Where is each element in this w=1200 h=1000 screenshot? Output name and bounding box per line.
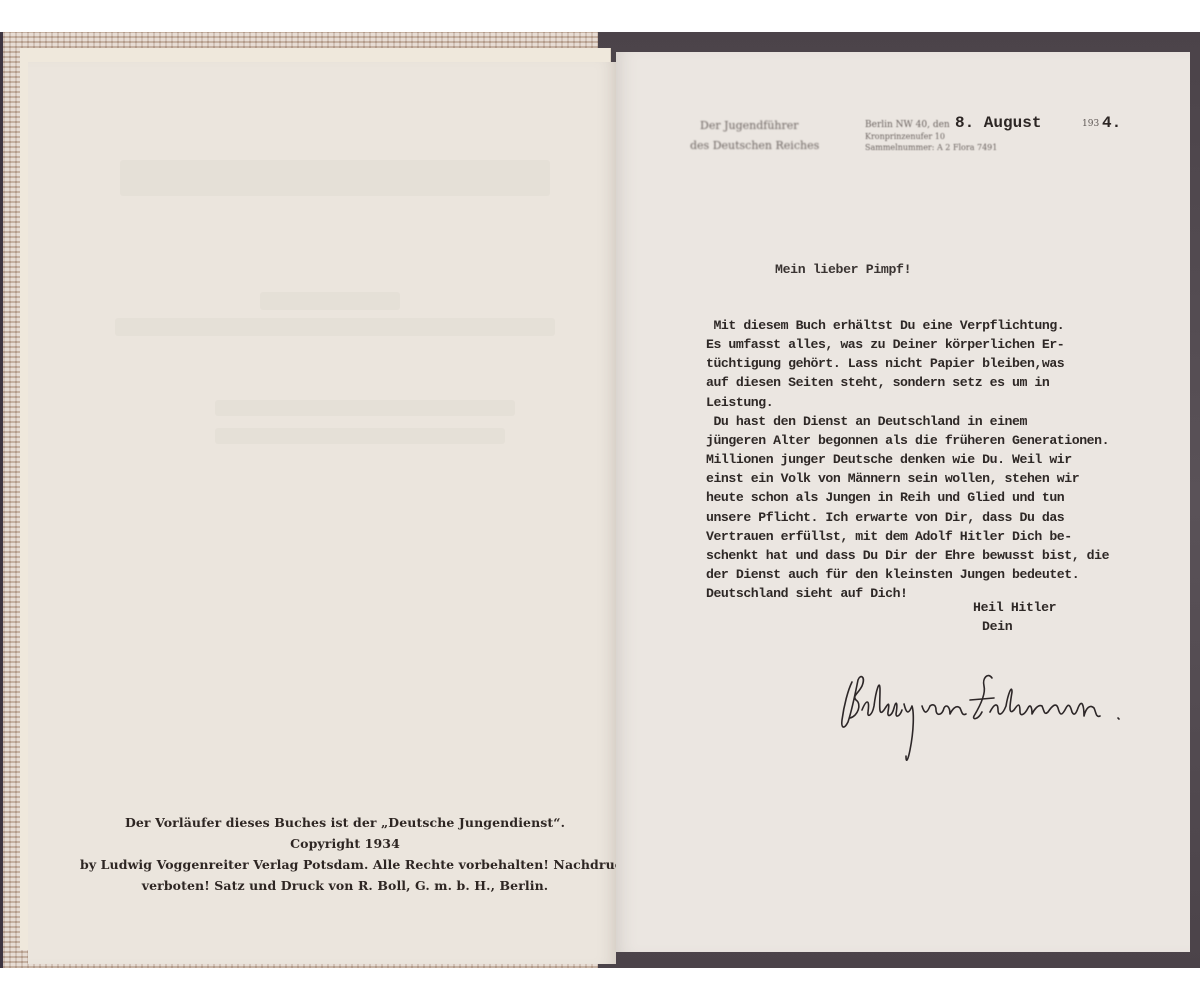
letter-line: Vertrauen erfüllst, mit dem Adolf Hitler… (706, 527, 1109, 546)
imprint-line: by Ludwig Voggenreiter Verlag Potsdam. A… (80, 854, 580, 875)
imprint-line: verboten! Satz und Druck von R. Boll, G.… (110, 875, 580, 896)
letter-closing: Heil Hitler Dein (973, 598, 1056, 636)
closing-dein: Dein (982, 617, 1056, 636)
closing-greeting: Heil Hitler (973, 598, 1056, 617)
letter-line: tüchtigung gehört. Lass nicht Papier ble… (706, 354, 1109, 373)
bleed-through-subtitle (260, 292, 400, 310)
letter-year-digit: 4. (1102, 114, 1121, 132)
letter-line: Millionen junger Deutsche denken wie Du.… (706, 450, 1109, 469)
letter-line: einst ein Volk von Männern sein wollen, … (706, 469, 1109, 488)
letter-line: heute schon als Jungen in Reih und Glied… (706, 488, 1109, 507)
letter-body: Mit diesem Buch erhältst Du eine Verpfli… (706, 316, 1109, 603)
bleed-through-line (215, 400, 515, 416)
handwritten-signature: Baldur von Schirach. (822, 660, 1142, 770)
letter-line: schenkt hat und dass Du Dir der Ehre bew… (706, 546, 1109, 565)
letter-line: jüngeren Alter begonnen als die früheren… (706, 431, 1109, 450)
letter-line: Es umfasst alles, was zu Deiner körperli… (706, 335, 1109, 354)
letter-line: Du hast den Dienst an Deutschland in ein… (706, 412, 1109, 431)
letter-line: auf diesen Seiten steht, sondern setz es… (706, 373, 1109, 392)
bleed-through-line (215, 428, 505, 444)
letter-salutation: Mein lieber Pimpf! (775, 262, 911, 277)
letter-date: 8. August (955, 114, 1041, 132)
letter-line: unsere Pflicht. Ich erwarte von Dir, das… (706, 508, 1109, 527)
letterhead-organization: Der Jugendführer des Deutschen Reiches (700, 116, 819, 156)
signature-icon (822, 660, 1142, 770)
imprint-line: Der Vorläufer dieses Buches ist der „Deu… (110, 812, 580, 833)
imprint-block: Der Vorläufer dieses Buches ist der „Deu… (110, 812, 580, 896)
letter-year-prefix: 193 (1082, 119, 1099, 129)
letter-line: der Dienst auch für den kleinsten Jungen… (706, 565, 1109, 584)
bleed-through-line (115, 318, 555, 336)
letter-line: Mit diesem Buch erhältst Du eine Verpfli… (706, 316, 1109, 335)
bleed-through-title (120, 160, 550, 196)
letter-line: Leistung. (706, 393, 1109, 412)
copyright-line: Copyright 1934 (110, 833, 580, 854)
